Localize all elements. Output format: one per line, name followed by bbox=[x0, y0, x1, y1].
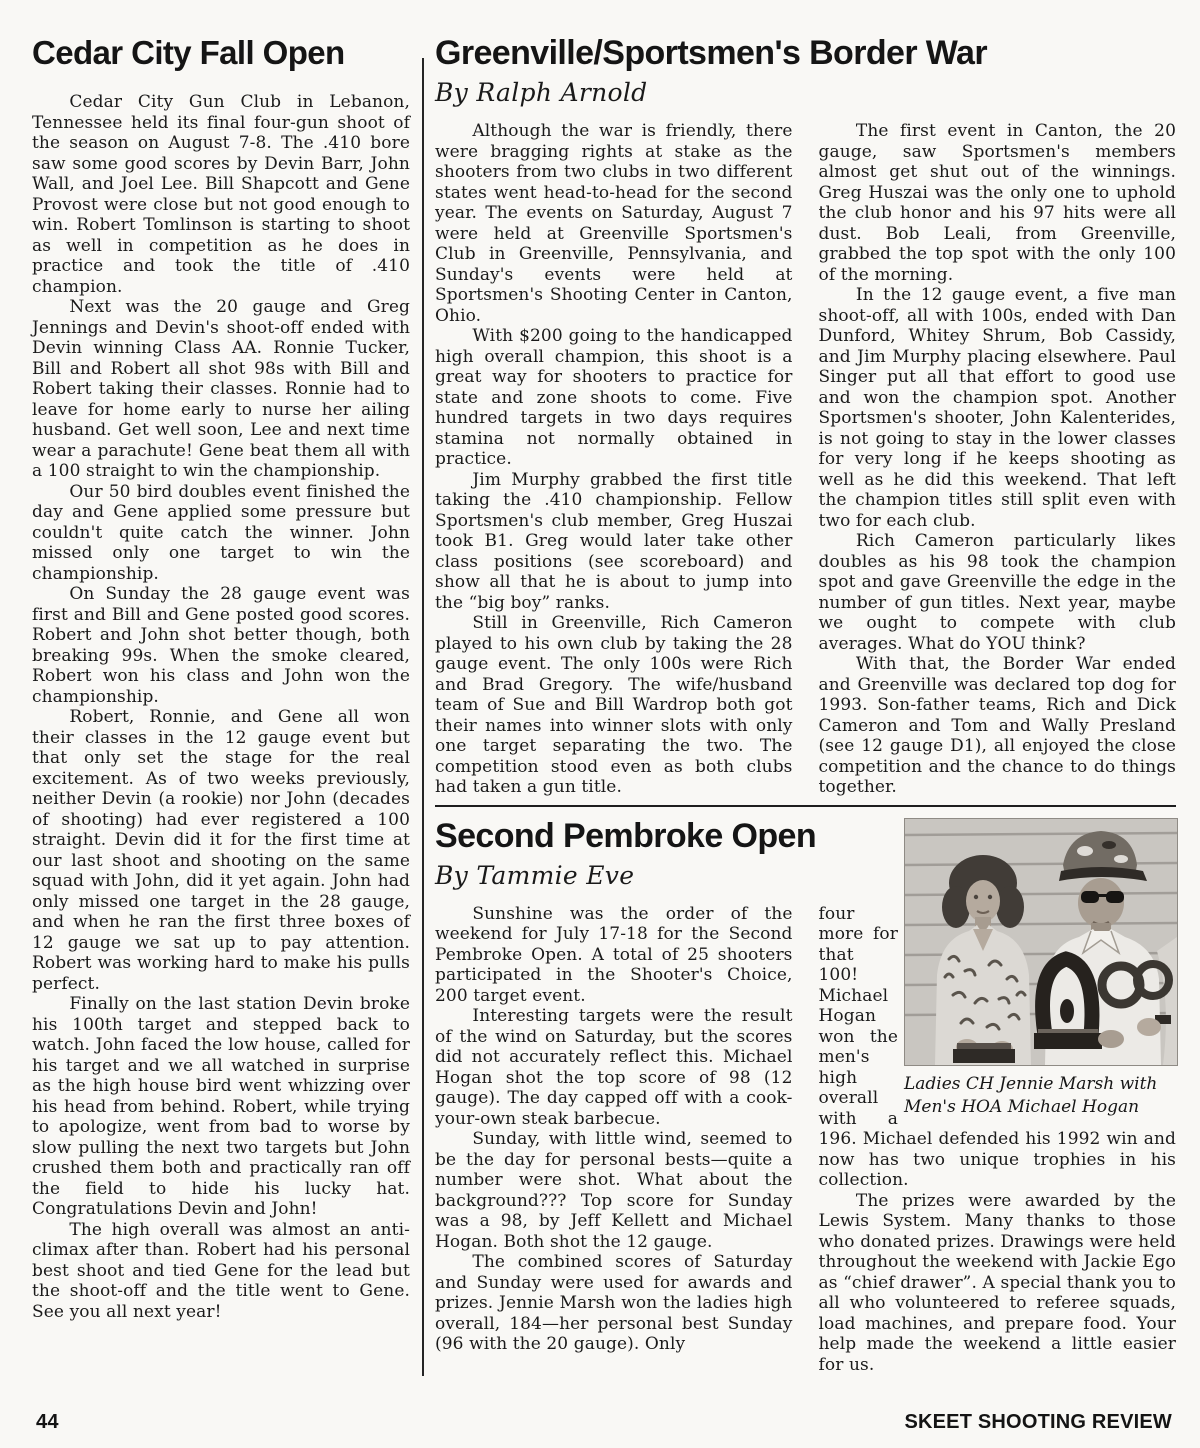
article-greenville: Greenville/Sportsmen's Border War By Ral… bbox=[435, 34, 1176, 798]
paragraph: The prizes were awarded by the Lewis Sys… bbox=[819, 1191, 1177, 1376]
greenville-col-1: Although the war is friendly, there were… bbox=[435, 121, 793, 798]
paragraph: Next was the 20 gauge and Greg Jennings … bbox=[32, 297, 410, 482]
woman-figure bbox=[935, 855, 1031, 1065]
page-content: Cedar City Fall Open Cedar City Gun Club… bbox=[32, 34, 1176, 1396]
byline-greenville: By Ralph Arnold bbox=[435, 78, 1176, 107]
paragraph: Our 50 bird doubles event finished the d… bbox=[32, 482, 410, 585]
right-section: Greenville/Sportsmen's Border War By Ral… bbox=[435, 34, 1176, 1396]
paragraph: The first event in Canton, the 20 gauge,… bbox=[819, 121, 1177, 285]
article-cedar-city: Cedar City Fall Open Cedar City Gun Club… bbox=[32, 34, 410, 1396]
paragraph: Sunday, with little wind, seemed to be t… bbox=[435, 1129, 793, 1252]
article-title-cedar: Cedar City Fall Open bbox=[32, 34, 410, 72]
trophy-photo-image bbox=[904, 818, 1178, 1066]
cedar-paragraphs: Cedar City Gun Club in Lebanon, Tennesse… bbox=[32, 92, 410, 1322]
paragraph: Although the war is friendly, there were… bbox=[435, 121, 793, 326]
greenville-columns: Although the war is friendly, there were… bbox=[435, 121, 1176, 798]
article-pembroke: Ladies CH Jennie Marsh with Men's HOA Mi… bbox=[435, 816, 1176, 1376]
trophy-photo-figure: Ladies CH Jennie Marsh with Men's HOA Mi… bbox=[904, 818, 1176, 1119]
paragraph: On Sunday the 28 gauge event was first a… bbox=[32, 584, 410, 707]
paragraph: Interesting targets were the result of t… bbox=[435, 1006, 793, 1129]
paragraph: Finally on the last station Devin broke … bbox=[32, 994, 410, 1220]
photo-caption: Ladies CH Jennie Marsh with Men's HOA Mi… bbox=[904, 1073, 1176, 1119]
paragraph: Still in Greenville, Rich Cameron played… bbox=[435, 613, 793, 798]
section-divider-rule bbox=[435, 805, 1176, 807]
paragraph: In the 12 gauge event, a five man shoot-… bbox=[819, 285, 1177, 531]
paragraph: The combined scores of Saturday and Sund… bbox=[435, 1252, 793, 1355]
paragraph: Sunshine was the order of the weekend fo… bbox=[435, 904, 793, 1007]
article-title-greenville: Greenville/Sportsmen's Border War bbox=[435, 34, 1176, 73]
greenville-col-2: The first event in Canton, the 20 gauge,… bbox=[819, 121, 1177, 798]
page-number: 44 bbox=[36, 1411, 59, 1434]
pembroke-col-2-paragraphs: The prizes were awarded by the Lewis Sys… bbox=[819, 1191, 1177, 1376]
paragraph: Robert, Ronnie, and Gene all won their c… bbox=[32, 707, 410, 994]
page-footer: 44 SKEET SHOOTING REVIEW bbox=[36, 1411, 1172, 1434]
magazine-title: SKEET SHOOTING REVIEW bbox=[904, 1411, 1172, 1434]
pembroke-col-1: Sunshine was the order of the weekend fo… bbox=[435, 904, 793, 1376]
magazine-page: Cedar City Fall Open Cedar City Gun Club… bbox=[0, 0, 1200, 1448]
paragraph: With $200 going to the handicapped high … bbox=[435, 326, 793, 470]
column-divider-rule bbox=[422, 58, 424, 1376]
paragraph: Jim Murphy grabbed the first title takin… bbox=[435, 470, 793, 614]
paragraph: Cedar City Gun Club in Lebanon, Tennesse… bbox=[32, 92, 410, 297]
paragraph: The high overall was almost an anti-clim… bbox=[32, 1220, 410, 1323]
paragraph: Rich Cameron particularly likes doubles … bbox=[819, 531, 1177, 654]
paragraph: With that, the Border War ended and Gree… bbox=[819, 654, 1177, 798]
